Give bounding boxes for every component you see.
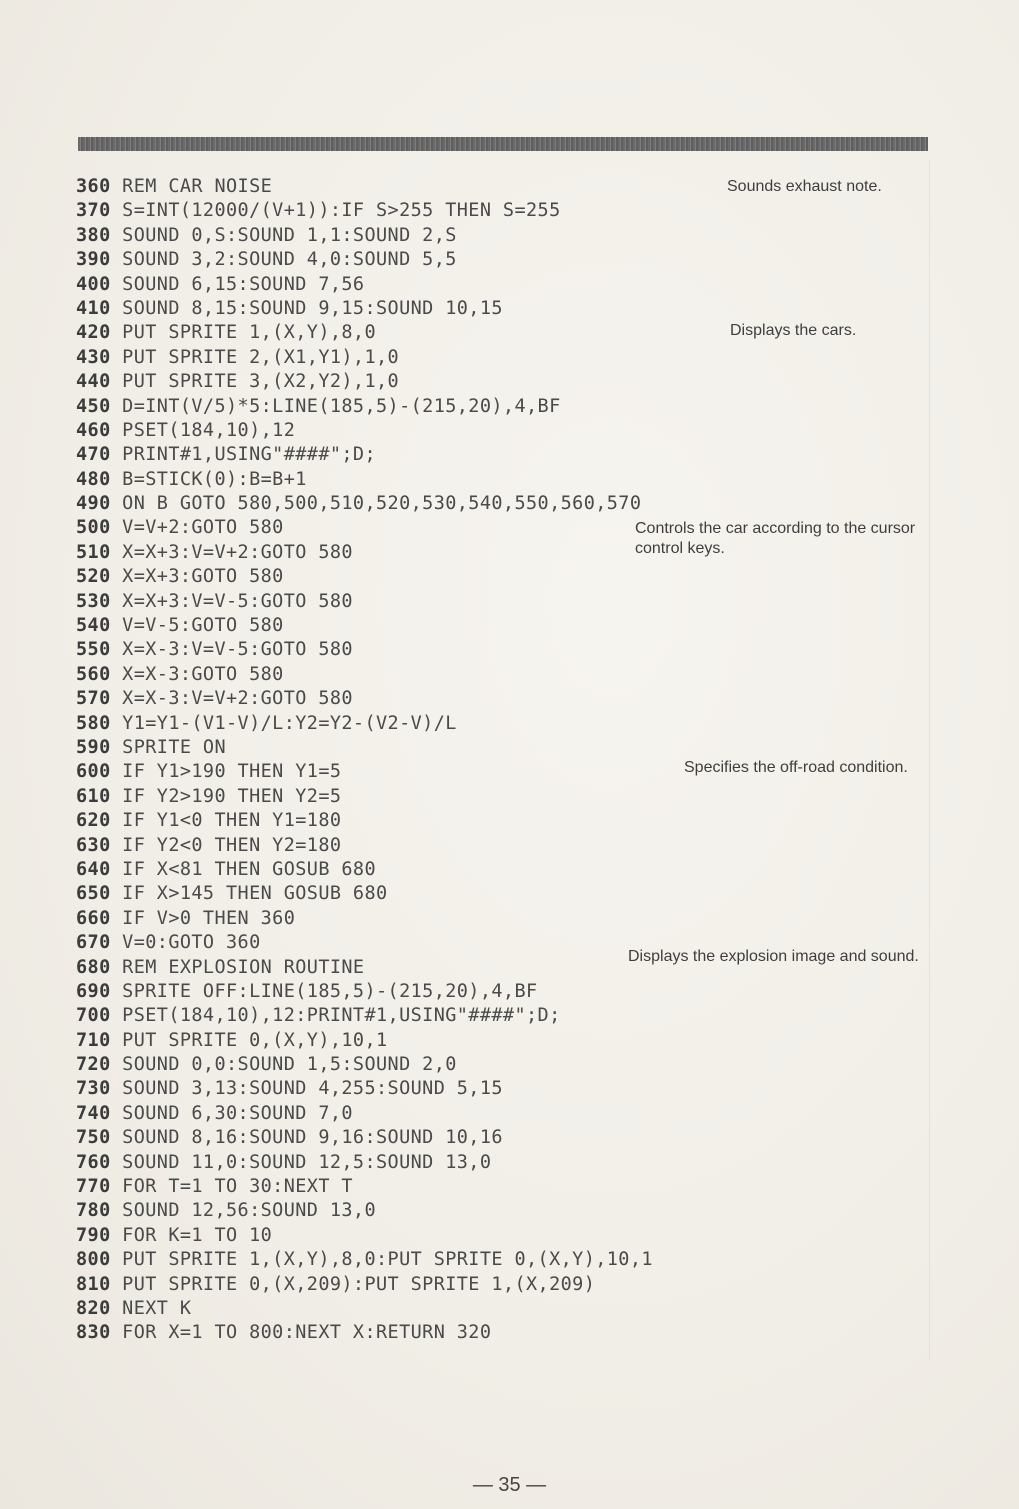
code-line: 740 SOUND 6,30:SOUND 7,0 <box>76 1102 653 1126</box>
page-number: — 35 — <box>0 1474 1019 1497</box>
code-line: 390 SOUND 3,2:SOUND 4,0:SOUND 5,5 <box>76 248 653 272</box>
code-line: 450 D=INT(V/5)*5:LINE(185,5)-(215,20),4,… <box>76 395 653 419</box>
line-code: IF X<81 THEN GOSUB 680 <box>122 859 376 880</box>
line-code: ON B GOTO 580,500,510,520,530,540,550,56… <box>122 493 641 514</box>
line-number: 650 <box>76 883 111 904</box>
code-line: 420 PUT SPRITE 1,(X,Y),8,0 <box>76 321 653 345</box>
line-number: 610 <box>76 786 111 807</box>
line-number: 620 <box>76 810 111 831</box>
line-number: 580 <box>76 713 111 734</box>
line-number: 490 <box>76 493 111 514</box>
line-number: 390 <box>76 249 111 270</box>
code-line: 620 IF Y1<0 THEN Y1=180 <box>76 809 653 833</box>
line-number: 500 <box>76 517 111 538</box>
line-number: 380 <box>76 225 111 246</box>
line-number: 470 <box>76 444 111 465</box>
manual-page: 360 REM CAR NOISE370 S=INT(12000/(V+1)):… <box>0 0 1019 1509</box>
code-line: 530 X=X+3:V=V-5:GOTO 580 <box>76 590 653 614</box>
code-line: 430 PUT SPRITE 2,(X1,Y1),1,0 <box>76 346 653 370</box>
line-number: 550 <box>76 639 111 660</box>
line-code: D=INT(V/5)*5:LINE(185,5)-(215,20),4,BF <box>122 396 560 417</box>
line-code: PUT SPRITE 1,(X,Y),8,0:PUT SPRITE 0,(X,Y… <box>122 1249 653 1270</box>
line-code: V=V-5:GOTO 580 <box>122 615 284 636</box>
line-number: 790 <box>76 1225 111 1246</box>
code-line: 370 S=INT(12000/(V+1)):IF S>255 THEN S=2… <box>76 199 653 223</box>
line-number: 600 <box>76 761 111 782</box>
code-line: 630 IF Y2<0 THEN Y2=180 <box>76 834 653 858</box>
code-line: 470 PRINT#1,USING"####";D; <box>76 443 653 467</box>
code-line: 490 ON B GOTO 580,500,510,520,530,540,55… <box>76 492 653 516</box>
line-number: 810 <box>76 1274 111 1295</box>
line-number: 750 <box>76 1127 111 1148</box>
line-number: 700 <box>76 1005 111 1026</box>
line-code: PUT SPRITE 1,(X,Y),8,0 <box>122 322 376 343</box>
line-code: X=X-3:GOTO 580 <box>122 664 284 685</box>
line-code: X=X+3:V=V+2:GOTO 580 <box>122 542 353 563</box>
line-code: S=INT(12000/(V+1)):IF S>255 THEN S=255 <box>122 200 560 221</box>
line-code: X=X-3:V=V-5:GOTO 580 <box>122 639 353 660</box>
code-line: 640 IF X<81 THEN GOSUB 680 <box>76 858 653 882</box>
line-code: Y1=Y1-(V1-V)/L:Y2=Y2-(V2-V)/L <box>122 713 457 734</box>
line-number: 590 <box>76 737 111 758</box>
line-number: 430 <box>76 347 111 368</box>
code-line: 360 REM CAR NOISE <box>76 175 653 199</box>
line-number: 510 <box>76 542 111 563</box>
line-code: FOR T=1 TO 30:NEXT T <box>122 1176 353 1197</box>
basic-program-listing: 360 REM CAR NOISE370 S=INT(12000/(V+1)):… <box>76 175 653 1346</box>
code-line: 710 PUT SPRITE 0,(X,Y),10,1 <box>76 1029 653 1053</box>
line-code: FOR K=1 TO 10 <box>122 1225 272 1246</box>
line-code: SOUND 0,0:SOUND 1,5:SOUND 2,0 <box>122 1054 457 1075</box>
line-number: 410 <box>76 298 111 319</box>
code-line: 700 PSET(184,10),12:PRINT#1,USING"####";… <box>76 1004 653 1028</box>
line-number: 640 <box>76 859 111 880</box>
line-code: SOUND 3,2:SOUND 4,0:SOUND 5,5 <box>122 249 457 270</box>
code-line: 780 SOUND 12,56:SOUND 13,0 <box>76 1199 653 1223</box>
header-rule <box>78 137 928 151</box>
line-code: IF Y2>190 THEN Y2=5 <box>122 786 341 807</box>
code-line: 730 SOUND 3,13:SOUND 4,255:SOUND 5,15 <box>76 1077 653 1101</box>
line-number: 480 <box>76 469 111 490</box>
line-code: PSET(184,10),12 <box>122 420 295 441</box>
code-line: 830 FOR X=1 TO 800:NEXT X:RETURN 320 <box>76 1321 653 1345</box>
line-code: IF Y1<0 THEN Y1=180 <box>122 810 341 831</box>
line-code: X=X-3:V=V+2:GOTO 580 <box>122 688 353 709</box>
line-number: 770 <box>76 1176 111 1197</box>
line-code: REM CAR NOISE <box>122 176 272 197</box>
line-code: SPRITE ON <box>122 737 226 758</box>
code-line: 480 B=STICK(0):B=B+1 <box>76 468 653 492</box>
code-line: 610 IF Y2>190 THEN Y2=5 <box>76 785 653 809</box>
code-line: 560 X=X-3:GOTO 580 <box>76 663 653 687</box>
code-line: 520 X=X+3:GOTO 580 <box>76 565 653 589</box>
line-number: 740 <box>76 1103 111 1124</box>
code-line: 810 PUT SPRITE 0,(X,209):PUT SPRITE 1,(X… <box>76 1273 653 1297</box>
code-line: 410 SOUND 8,15:SOUND 9,15:SOUND 10,15 <box>76 297 653 321</box>
code-line: 600 IF Y1>190 THEN Y1=5 <box>76 760 653 784</box>
line-number: 680 <box>76 957 111 978</box>
code-line: 580 Y1=Y1-(V1-V)/L:Y2=Y2-(V2-V)/L <box>76 712 653 736</box>
code-line: 790 FOR K=1 TO 10 <box>76 1224 653 1248</box>
line-code: SOUND 8,16:SOUND 9,16:SOUND 10,16 <box>122 1127 503 1148</box>
line-code: REM EXPLOSION ROUTINE <box>122 957 364 978</box>
line-code: PRINT#1,USING"####";D; <box>122 444 376 465</box>
line-number: 830 <box>76 1322 111 1343</box>
code-line: 770 FOR T=1 TO 30:NEXT T <box>76 1175 653 1199</box>
code-line: 690 SPRITE OFF:LINE(185,5)-(215,20),4,BF <box>76 980 653 1004</box>
code-line: 510 X=X+3:V=V+2:GOTO 580 <box>76 541 653 565</box>
line-number: 800 <box>76 1249 111 1270</box>
line-number: 710 <box>76 1030 111 1051</box>
line-code: V=0:GOTO 360 <box>122 932 260 953</box>
line-number: 570 <box>76 688 111 709</box>
code-line: 760 SOUND 11,0:SOUND 12,5:SOUND 13,0 <box>76 1151 653 1175</box>
line-code: SOUND 8,15:SOUND 9,15:SOUND 10,15 <box>122 298 503 319</box>
line-number: 780 <box>76 1200 111 1221</box>
margin-line <box>929 160 930 1360</box>
code-line: 720 SOUND 0,0:SOUND 1,5:SOUND 2,0 <box>76 1053 653 1077</box>
code-line: 500 V=V+2:GOTO 580 <box>76 516 653 540</box>
line-number: 820 <box>76 1298 111 1319</box>
line-number: 520 <box>76 566 111 587</box>
line-code: IF Y2<0 THEN Y2=180 <box>122 835 341 856</box>
code-line: 650 IF X>145 THEN GOSUB 680 <box>76 882 653 906</box>
code-line: 400 SOUND 6,15:SOUND 7,56 <box>76 273 653 297</box>
line-code: X=X+3:V=V-5:GOTO 580 <box>122 591 353 612</box>
line-number: 560 <box>76 664 111 685</box>
code-line: 800 PUT SPRITE 1,(X,Y),8,0:PUT SPRITE 0,… <box>76 1248 653 1272</box>
line-number: 370 <box>76 200 111 221</box>
line-code: X=X+3:GOTO 580 <box>122 566 284 587</box>
line-code: V=V+2:GOTO 580 <box>122 517 284 538</box>
code-line: 570 X=X-3:V=V+2:GOTO 580 <box>76 687 653 711</box>
line-code: B=STICK(0):B=B+1 <box>122 469 307 490</box>
line-code: SOUND 6,30:SOUND 7,0 <box>122 1103 353 1124</box>
line-code: SOUND 11,0:SOUND 12,5:SOUND 13,0 <box>122 1152 491 1173</box>
line-number: 690 <box>76 981 111 1002</box>
line-code: SOUND 6,15:SOUND 7,56 <box>122 274 364 295</box>
code-line: 460 PSET(184,10),12 <box>76 419 653 443</box>
line-number: 360 <box>76 176 111 197</box>
line-number: 540 <box>76 615 111 636</box>
line-code: FOR X=1 TO 800:NEXT X:RETURN 320 <box>122 1322 491 1343</box>
line-code: SOUND 0,S:SOUND 1,1:SOUND 2,S <box>122 225 457 246</box>
line-code: PUT SPRITE 3,(X2,Y2),1,0 <box>122 371 399 392</box>
line-code: SOUND 3,13:SOUND 4,255:SOUND 5,15 <box>122 1078 503 1099</box>
line-code: IF X>145 THEN GOSUB 680 <box>122 883 387 904</box>
line-code: IF Y1>190 THEN Y1=5 <box>122 761 341 782</box>
code-line: 440 PUT SPRITE 3,(X2,Y2),1,0 <box>76 370 653 394</box>
note-exhaust: Sounds exhaust note. <box>727 177 882 197</box>
line-code: PUT SPRITE 0,(X,Y),10,1 <box>122 1030 387 1051</box>
line-number: 450 <box>76 396 111 417</box>
line-number: 760 <box>76 1152 111 1173</box>
note-cars: Displays the cars. <box>730 321 856 341</box>
line-code: IF V>0 THEN 360 <box>122 908 295 929</box>
line-number: 660 <box>76 908 111 929</box>
code-line: 820 NEXT K <box>76 1297 653 1321</box>
code-line: 750 SOUND 8,16:SOUND 9,16:SOUND 10,16 <box>76 1126 653 1150</box>
line-number: 530 <box>76 591 111 612</box>
code-line: 540 V=V-5:GOTO 580 <box>76 614 653 638</box>
code-line: 550 X=X-3:V=V-5:GOTO 580 <box>76 638 653 662</box>
line-code: PSET(184,10),12:PRINT#1,USING"####";D; <box>122 1005 560 1026</box>
line-number: 720 <box>76 1054 111 1075</box>
line-number: 730 <box>76 1078 111 1099</box>
line-number: 460 <box>76 420 111 441</box>
note-offroad: Specifies the off-road condition. <box>684 758 908 778</box>
note-controls: Controls the car according to the cursor… <box>635 519 955 559</box>
line-code: SPRITE OFF:LINE(185,5)-(215,20),4,BF <box>122 981 537 1002</box>
line-code: SOUND 12,56:SOUND 13,0 <box>122 1200 376 1221</box>
line-number: 630 <box>76 835 111 856</box>
line-number: 670 <box>76 932 111 953</box>
line-code: PUT SPRITE 0,(X,209):PUT SPRITE 1,(X,209… <box>122 1274 595 1295</box>
line-number: 440 <box>76 371 111 392</box>
code-line: 590 SPRITE ON <box>76 736 653 760</box>
line-number: 400 <box>76 274 111 295</box>
code-line: 670 V=0:GOTO 360 <box>76 931 653 955</box>
code-line: 680 REM EXPLOSION ROUTINE <box>76 956 653 980</box>
note-explosion: Displays the explosion image and sound. <box>628 947 919 967</box>
line-number: 420 <box>76 322 111 343</box>
code-line: 660 IF V>0 THEN 360 <box>76 907 653 931</box>
line-code: PUT SPRITE 2,(X1,Y1),1,0 <box>122 347 399 368</box>
line-code: NEXT K <box>122 1298 191 1319</box>
code-line: 380 SOUND 0,S:SOUND 1,1:SOUND 2,S <box>76 224 653 248</box>
